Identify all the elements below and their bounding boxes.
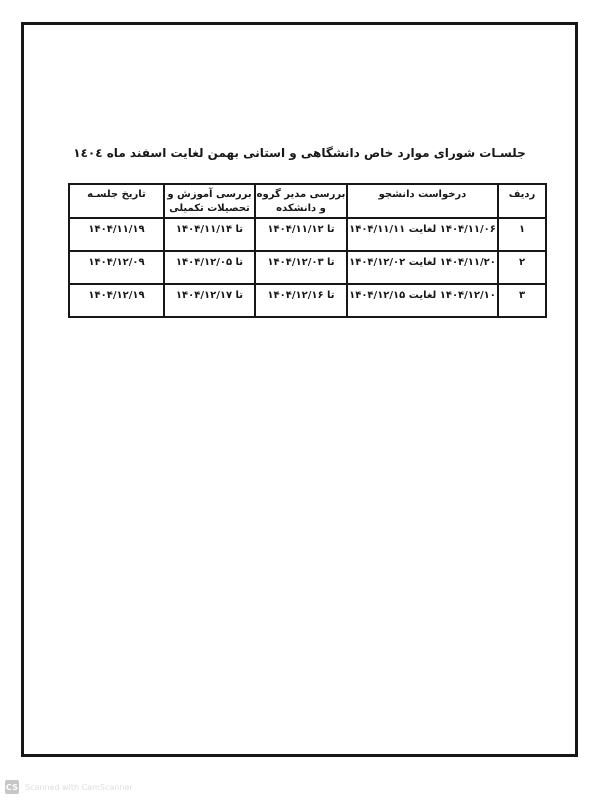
cell-meeting-date: ۱۴۰۴/۱۲/۰۹ (69, 251, 164, 284)
document-title: جلسـات شورای موارد خاص دانشگاهی و استانی… (21, 146, 578, 160)
cell-education-review: تا ۱۴۰۴/۱۱/۱۴ (164, 218, 255, 251)
header-cell-education-review: بررسی آموزش و تحصیلات تکمیلی (164, 184, 255, 218)
cell-student-request: ۱۴۰۴/۱۱/۲۰ لغایت ۱۴۰۴/۱۲/۰۲ (347, 251, 498, 284)
cell-student-request: ۱۴۰۴/۱۱/۰۶ لغایت ۱۴۰۴/۱۱/۱۱ (347, 218, 498, 251)
camscanner-logo-icon: CS (5, 780, 19, 794)
header-cell-row-no: ردیف (498, 184, 546, 218)
header-cell-meeting-date: تاریخ جلسـه (69, 184, 164, 218)
header-cell-dept-manager-review: بررسی مدیر گروه و دانشکده (255, 184, 347, 218)
cell-dept-manager-review: تا ۱۴۰۴/۱۱/۱۲ (255, 218, 347, 251)
table-row: ۱ ۱۴۰۴/۱۱/۰۶ لغایت ۱۴۰۴/۱۱/۱۱ تا ۱۴۰۴/۱۱… (69, 218, 546, 251)
cell-student-request: ۱۴۰۴/۱۲/۱۰ لغایت ۱۴۰۴/۱۲/۱۵ (347, 284, 498, 317)
cell-row-no: ۳ (498, 284, 546, 317)
cell-row-no: ۱ (498, 218, 546, 251)
cell-education-review: تا ۱۴۰۴/۱۲/۱۷ (164, 284, 255, 317)
page-border-frame (21, 22, 578, 757)
cell-education-review: تا ۱۴۰۴/۱۲/۰۵ (164, 251, 255, 284)
table-header-row: ردیف درخواست دانشجو بررسی مدیر گروه و دا… (69, 184, 546, 218)
cell-meeting-date: ۱۴۰۴/۱۲/۱۹ (69, 284, 164, 317)
camscanner-watermark: CS Scanned with CamScanner (5, 780, 133, 794)
table-row: ۲ ۱۴۰۴/۱۱/۲۰ لغایت ۱۴۰۴/۱۲/۰۲ تا ۱۴۰۴/۱۲… (69, 251, 546, 284)
cell-dept-manager-review: تا ۱۴۰۴/۱۲/۰۳ (255, 251, 347, 284)
cell-row-no: ۲ (498, 251, 546, 284)
scanned-document-page: { "document": { "title": "جلسـات شورای م… (0, 0, 603, 800)
cell-meeting-date: ۱۴۰۴/۱۱/۱۹ (69, 218, 164, 251)
table-row: ۳ ۱۴۰۴/۱۲/۱۰ لغایت ۱۴۰۴/۱۲/۱۵ تا ۱۴۰۴/۱۲… (69, 284, 546, 317)
cell-dept-manager-review: تا ۱۴۰۴/۱۲/۱۶ (255, 284, 347, 317)
header-cell-student-request: درخواست دانشجو (347, 184, 498, 218)
meetings-table-container: ردیف درخواست دانشجو بررسی مدیر گروه و دا… (68, 183, 547, 318)
camscanner-watermark-label: Scanned with CamScanner (25, 783, 133, 792)
meetings-schedule-table: ردیف درخواست دانشجو بررسی مدیر گروه و دا… (68, 183, 547, 318)
